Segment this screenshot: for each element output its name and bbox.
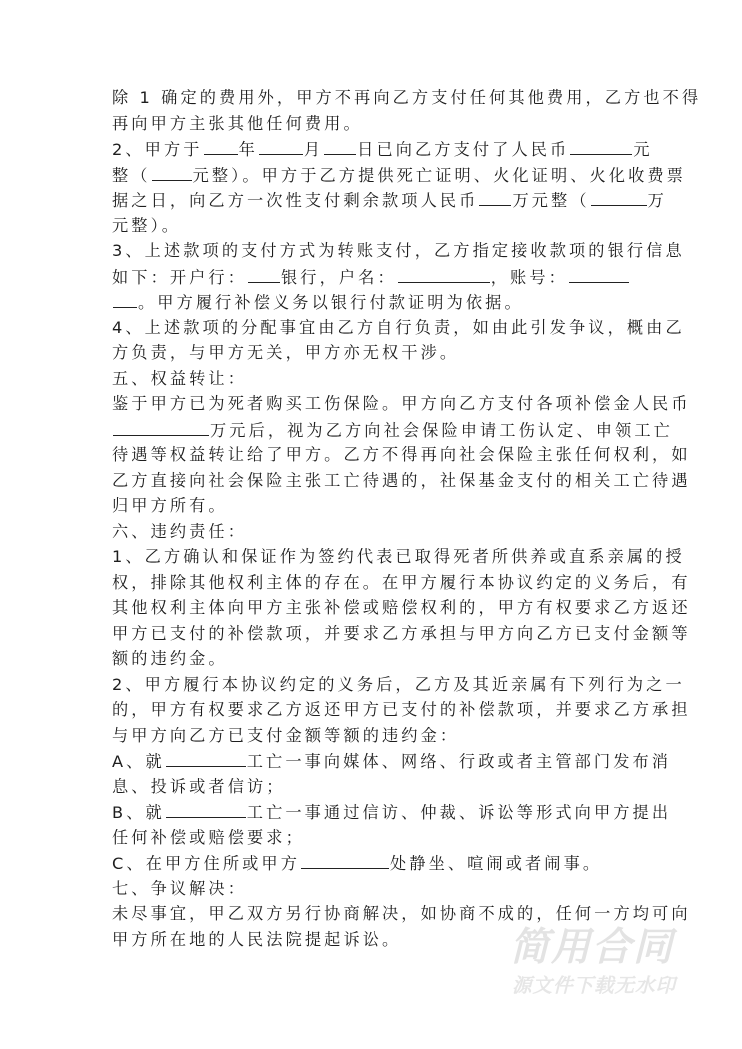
text-line: 再向甲方主张其他任何费用。: [112, 114, 363, 134]
text-line: B、就工亡一事通过信访、仲裁、诉讼等形式向甲方提出: [112, 802, 671, 823]
text-run: 元整）。甲方于乙方提供死亡证明、火化证明、火化收费票: [193, 166, 686, 185]
text-line: 万元后，视为乙方向社会保险申请工伤认定、申领工亡: [112, 420, 673, 441]
text-run: 处静坐、喧闹或者闹事。: [390, 854, 602, 873]
text-run: 2、甲方履行本协议约定的义务后，乙方及其近亲属有下列行为之一: [112, 675, 685, 694]
text-run: 待遇等权益转让给了甲方。乙方不得再向社会保险主张任何权利，如: [112, 445, 691, 464]
text-line: 五、权益转让：: [112, 369, 247, 389]
text-run: 工亡一事向媒体、网络、行政或者主管部门发布消: [247, 752, 671, 771]
text-run: 日已向乙方支付了人民币: [357, 140, 569, 159]
text-line: 2、甲方于年月日已向乙方支付了人民币元: [112, 139, 653, 160]
text-run: 的，甲方有权要求乙方返还甲方已支付的补偿款项，并要求乙方承担: [112, 700, 691, 719]
text-run: 年: [239, 140, 258, 159]
text-line: 4、上述款项的分配事宜由乙方自行负责，如由此引发争议，概由乙: [112, 318, 685, 338]
text-run: 甲方所在地的人民法院提起诉讼。: [112, 930, 401, 949]
fill-in-blank: [479, 190, 511, 206]
text-run: 六、违约责任：: [112, 522, 247, 541]
text-run: 额的违约金。: [112, 649, 228, 668]
text-run: 任何补偿或赔偿要求；: [112, 828, 305, 847]
text-line: 3、上述款项的支付方式为转账支付，乙方指定接收款项的银行信息: [112, 241, 685, 261]
text-run: 整（: [112, 166, 151, 185]
text-run: 乙方直接向社会保险主张工亡待遇的，社保基金支付的相关工亡待遇: [112, 471, 691, 490]
text-run: 息、投诉或者信访；: [112, 777, 286, 796]
text-line: 归甲方所有。: [112, 496, 228, 516]
fill-in-blank: [166, 802, 246, 818]
watermark-subtitle: 源文件下载无水印: [512, 970, 676, 998]
fill-in-blank: [152, 165, 192, 181]
text-run: ，账号：: [491, 268, 568, 287]
text-line: 方负责，与甲方无关，甲方亦无权干涉。: [112, 343, 459, 363]
text-run: 。甲方履行补偿义务以银行付款证明为依据。: [138, 293, 524, 312]
text-line: 与甲方向乙方已支付金额等额的违约金：: [112, 726, 459, 746]
text-line: 。甲方履行补偿义务以银行付款证明为依据。: [112, 292, 524, 313]
text-run: 万元后，视为乙方向社会保险申请工伤认定、申领工亡: [210, 421, 673, 440]
fill-in-blank: [113, 292, 137, 308]
text-run: 甲方已支付的补偿款项，并要求乙方承担与甲方向乙方已支付金额等: [112, 624, 691, 643]
text-run: 万: [648, 191, 667, 210]
fill-in-blank: [259, 139, 303, 155]
text-line: 元整）。: [112, 216, 181, 236]
text-line: C、在甲方住所或甲方处静坐、喧闹或者闹事。: [112, 853, 602, 874]
fill-in-blank: [166, 751, 246, 767]
text-run: 万元整（: [512, 191, 589, 210]
document-page: 除 1 确定的费用外，甲方不再向乙方支付任何其他费用，乙方也不得再向甲方主张其他…: [0, 0, 742, 1049]
text-line: 1、乙方确认和保证作为签约代表已取得死者所供养或直系亲属的授: [112, 547, 685, 567]
text-line: 除 1 确定的费用外，甲方不再向乙方支付任何其他费用，乙方也不得: [112, 88, 701, 108]
text-run: 除 1 确定的费用外，甲方不再向乙方支付任何其他费用，乙方也不得: [112, 88, 701, 107]
text-line: A、就工亡一事向媒体、网络、行政或者主管部门发布消: [112, 751, 671, 772]
text-line: 待遇等权益转让给了甲方。乙方不得再向社会保险主张任何权利，如: [112, 445, 691, 465]
text-run: 3、上述款项的支付方式为转账支付，乙方指定接收款项的银行信息: [112, 241, 685, 260]
fill-in-blank: [569, 267, 629, 283]
text-line: 据之日，向乙方一次性支付剩余款项人民币万元整（万: [112, 190, 667, 211]
text-line: 任何补偿或赔偿要求；: [112, 828, 305, 848]
text-run: A、就: [112, 752, 165, 771]
text-run: 与甲方向乙方已支付金额等额的违约金：: [112, 726, 459, 745]
text-line: 甲方所在地的人民法院提起诉讼。: [112, 930, 401, 950]
text-line: 六、违约责任：: [112, 522, 247, 542]
text-line: 的，甲方有权要求乙方返还甲方已支付的补偿款项，并要求乙方承担: [112, 700, 691, 720]
text-line: 息、投诉或者信访；: [112, 777, 286, 797]
text-run: 元: [633, 140, 652, 159]
text-run: 如下：开户行：: [112, 268, 247, 287]
text-run: 再向甲方主张其他任何费用。: [112, 114, 363, 133]
text-run: 五、权益转让：: [112, 369, 247, 388]
text-line: 甲方已支付的补偿款项，并要求乙方承担与甲方向乙方已支付金额等: [112, 624, 691, 644]
text-line: 额的违约金。: [112, 649, 228, 669]
fill-in-blank: [324, 139, 356, 155]
fill-in-blank: [113, 420, 209, 436]
text-run: 工亡一事通过信访、仲裁、诉讼等形式向甲方提出: [247, 803, 671, 822]
text-run: 元整）。: [112, 216, 181, 235]
text-run: 4、上述款项的分配事宜由乙方自行负责，如由此引发争议，概由乙: [112, 318, 685, 337]
text-line: 整（元整）。甲方于乙方提供死亡证明、火化证明、火化收费票: [112, 165, 686, 186]
fill-in-blank: [248, 267, 280, 283]
text-run: 2、甲方于: [112, 140, 203, 159]
text-run: 七、争议解决：: [112, 879, 247, 898]
text-line: 其他权利主体向甲方主张补偿或赔偿权利的，甲方有权要求乙方返还: [112, 598, 691, 618]
text-line: 权，排除其他权利主体的存在。在甲方履行本协议约定的义务后，有: [112, 573, 691, 593]
fill-in-blank: [570, 139, 632, 155]
text-run: 据之日，向乙方一次性支付剩余款项人民币: [112, 191, 478, 210]
text-line: 乙方直接向社会保险主张工亡待遇的，社保基金支付的相关工亡待遇: [112, 471, 691, 491]
text-run: 归甲方所有。: [112, 496, 228, 515]
text-run: 方负责，与甲方无关，甲方亦无权干涉。: [112, 343, 459, 362]
fill-in-blank: [591, 190, 647, 206]
fill-in-blank: [301, 853, 389, 869]
text-run: 其他权利主体向甲方主张补偿或赔偿权利的，甲方有权要求乙方返还: [112, 598, 691, 617]
fill-in-blank: [398, 267, 490, 283]
text-line: 2、甲方履行本协议约定的义务后，乙方及其近亲属有下列行为之一: [112, 675, 685, 695]
text-line: 鉴于甲方已为死者购买工伤保险。甲方向乙方支付各项补偿金人民币: [112, 394, 691, 414]
text-run: 月: [304, 140, 323, 159]
text-run: 鉴于甲方已为死者购买工伤保险。甲方向乙方支付各项补偿金人民币: [112, 394, 691, 413]
text-line: 七、争议解决：: [112, 879, 247, 899]
text-run: C、在甲方住所或甲方: [112, 854, 300, 873]
text-line: 如下：开户行：银行，户名：，账号：: [112, 267, 630, 288]
fill-in-blank: [204, 139, 238, 155]
text-run: 权，排除其他权利主体的存在。在甲方履行本协议约定的义务后，有: [112, 573, 691, 592]
text-run: 1、乙方确认和保证作为签约代表已取得死者所供养或直系亲属的授: [112, 547, 685, 566]
text-run: 银行，户名：: [281, 268, 397, 287]
text-run: B、就: [112, 803, 165, 822]
watermark-title: 简用合同: [510, 916, 674, 972]
